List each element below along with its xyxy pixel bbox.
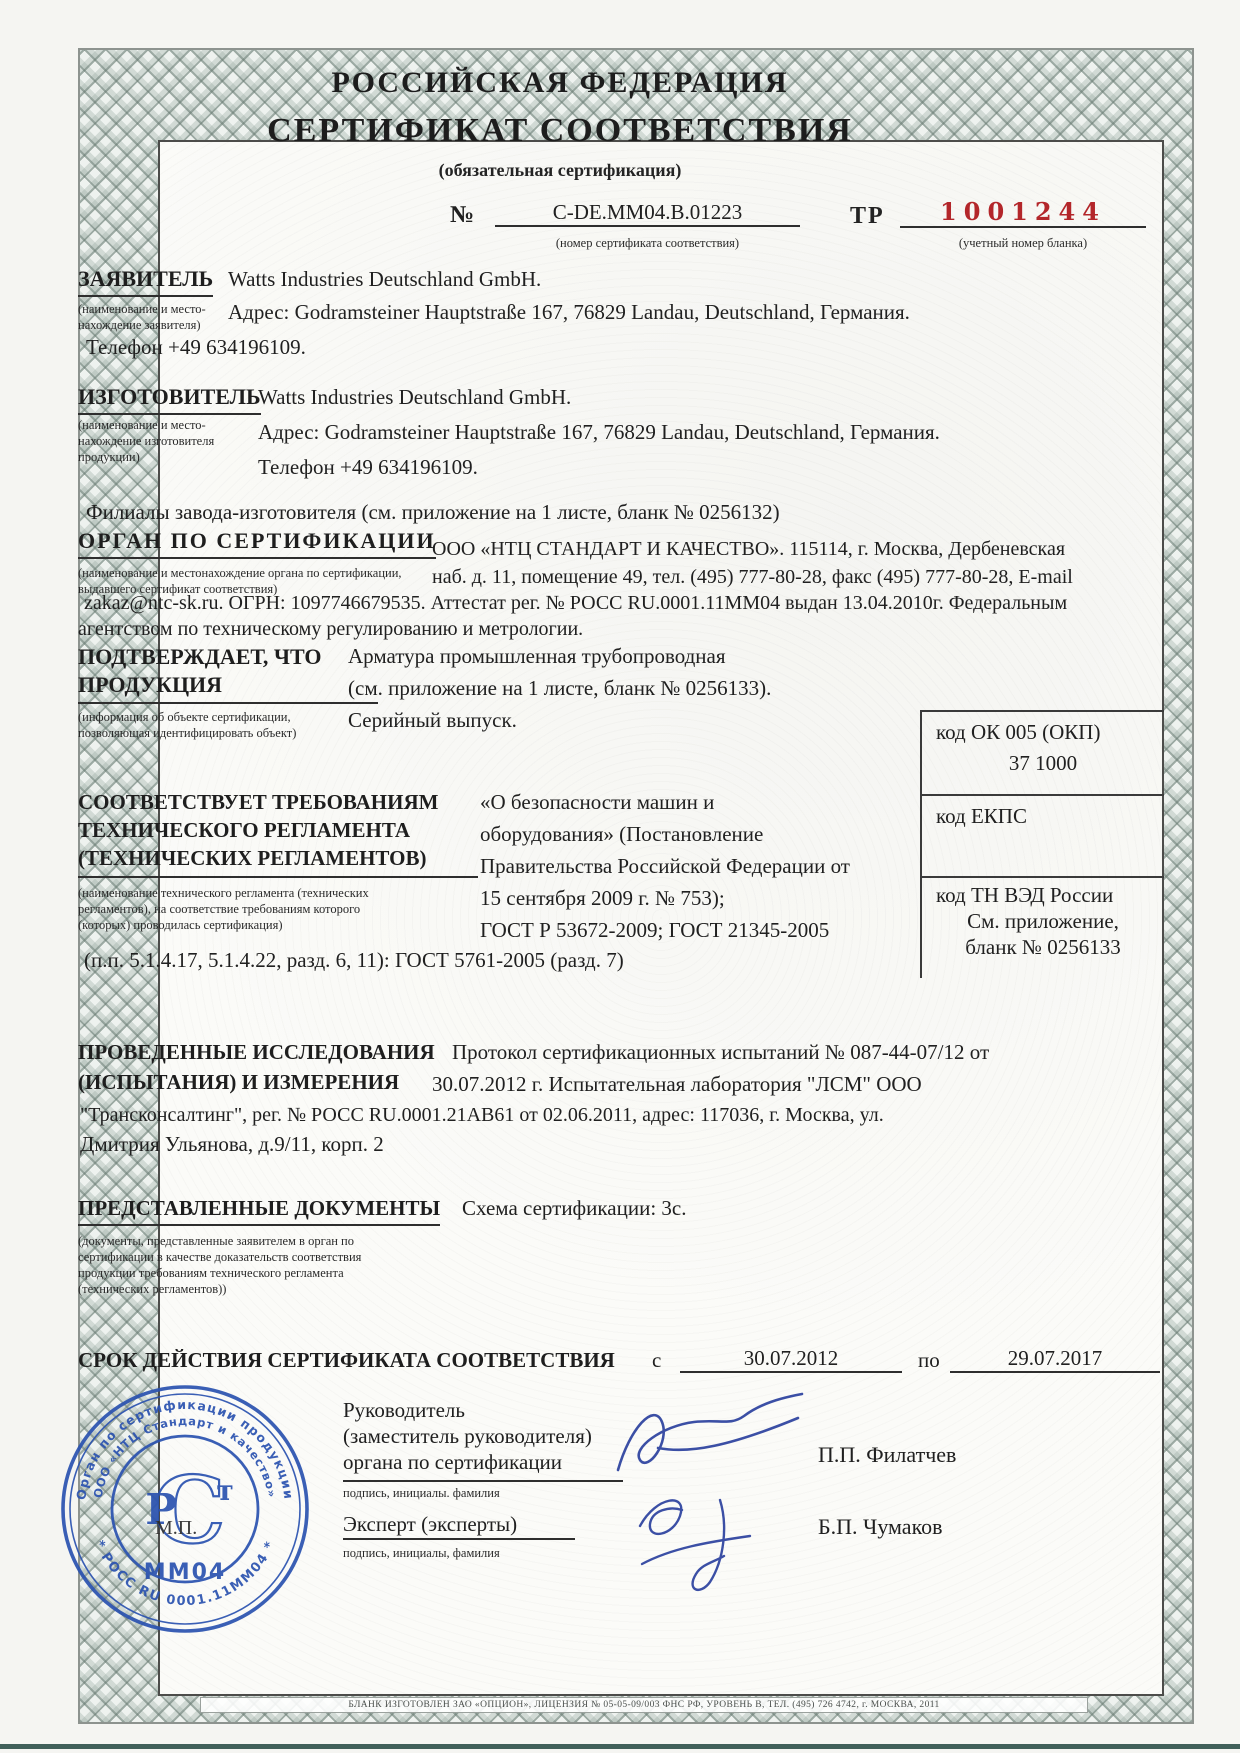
certificate-number: C-DE.MM04.B.01223 (495, 200, 800, 227)
product-label-2: ПРОДУКЦИЯ (78, 672, 222, 698)
expert-name: Б.П. Чумаков (818, 1514, 943, 1540)
manufacturer-phone: Телефон +49 634196109. (258, 455, 478, 480)
compliance-line-5: ГОСТ Р 53672-2009; ГОСТ 21345-2005 (480, 918, 829, 943)
tests-line-1: Протокол сертификационных испытаний № 08… (452, 1040, 989, 1065)
compliance-caption-2: регламентов), на соответствие требования… (78, 902, 360, 917)
okp-code-box: код ОК 005 (ОКП) 37 1000 (920, 710, 1164, 796)
tests-label-2: (ИСПЫТАНИЯ) И ИЗМЕРЕНИЯ (78, 1070, 399, 1095)
validity-from-date: 30.07.2012 (680, 1346, 902, 1373)
cert-body-line-3: zakaz@ntc-sk.ru. ОГРН: 1097746679535. Ат… (84, 592, 1067, 615)
blank-number-caption: (учетный номер бланка) (900, 236, 1146, 251)
stamp-code: ММ04 (144, 1560, 226, 1585)
tnved-line-2: См. приложение, (922, 909, 1164, 934)
product-label-underline (78, 702, 378, 704)
applicant-caption-2: нахождение заявителя) (78, 318, 201, 333)
certification-body-stamp: Орган по сертификации продукции ООО «НТЦ… (58, 1382, 312, 1636)
blank-number: 1001244 (940, 197, 1106, 226)
cert-body-line-2: наб. д. 11, помещение 49, тел. (495) 777… (432, 566, 1073, 589)
tests-line-3: "Трансконсалтинг", рег. № РОСС RU.0001.2… (80, 1104, 884, 1127)
compliance-caption-1: (наименование технического регламента (т… (78, 886, 369, 901)
compliance-caption-3: (которых) проводилась сертификация) (78, 918, 283, 933)
tnved-code-box: код ТН ВЭД России См. приложение, бланк … (920, 876, 1164, 978)
cert-body-caption-1: (наименование и местонахождение органа п… (78, 566, 402, 581)
tests-line-2: 30.07.2012 г. Испытательная лаборатория … (432, 1072, 922, 1097)
blank-manufacturer-footer: БЛАНК ИЗГОТОВЛЕН ЗАО «ОПЦИОН», ЛИЦЕНЗИЯ … (200, 1697, 1088, 1713)
ekps-code-label: код ЕКПС (936, 804, 1164, 829)
expert-signature-line (343, 1516, 575, 1540)
head-role-line-2: (заместитель руководителя) (343, 1424, 592, 1449)
product-label-1: ПОДТВЕРЖДАЕТ, ЧТО (78, 644, 322, 670)
tests-label-1: ПРОВЕДЕННЫЕ ИССЛЕДОВАНИЯ (78, 1040, 435, 1065)
manufacturer-caption-1: (наименование и место- (78, 418, 206, 433)
compliance-line-2: оборудования» (Постановление (480, 822, 763, 847)
head-signature-caption: подпись, инициалы. фамилия (343, 1486, 500, 1501)
tests-line-4: Дмитрия Ульянова, д.9/11, корп. 2 (80, 1132, 384, 1157)
cert-body-label: ОРГАН ПО СЕРТИФИКАЦИИ (78, 528, 436, 559)
tr-label: ТР (850, 203, 885, 230)
number-sign: № (450, 202, 474, 229)
manufacturer-name: Watts Industries Deutschland GmbH. (258, 385, 571, 410)
manufacturer-caption-2: нахождение изготовителя (78, 434, 214, 449)
scan-edge-line (0, 1744, 1240, 1749)
compliance-label-underline (78, 876, 478, 878)
compliance-line-6: (п.п. 5.1.4.17, 5.1.4.22, разд. 6, 11): … (84, 948, 624, 973)
documents-label: ПРЕДСТАВЛЕННЫЕ ДОКУМЕНТЫ (78, 1196, 440, 1226)
product-line-3: Серийный выпуск. (348, 708, 517, 733)
certificate-number-caption: (номер сертификата соответствия) (495, 236, 800, 251)
validity-to-date: 29.07.2017 (950, 1346, 1160, 1373)
manufacturer-branches: Филиалы завода-изготовителя (см. приложе… (86, 500, 780, 525)
certificate-sheet: РОССИЙСКАЯ ФЕДЕРАЦИЯ СЕРТИФИКАТ СООТВЕТС… (0, 0, 1240, 1753)
compliance-label-2: ТЕХНИЧЕСКОГО РЕГЛАМЕНТА (78, 818, 410, 843)
tnved-line-3: бланк № 0256133 (922, 935, 1164, 960)
applicant-phone: Телефон +49 634196109. (86, 335, 306, 360)
compliance-line-4: 15 сентября 2009 г. № 753); (480, 886, 725, 911)
stamp-logo-t: т (216, 1474, 233, 1507)
manufacturer-label: ИЗГОТОВИТЕЛЬ (78, 384, 261, 415)
documents-value: Схема сертификации: 3с. (462, 1196, 686, 1221)
validity-to-word: по (918, 1348, 940, 1373)
manufacturer-caption-3: продукции) (78, 450, 140, 465)
tnved-code-label: код ТН ВЭД России (936, 883, 1164, 908)
document-title: СЕРТИФИКАТ СООТВЕТСТВИЯ (160, 112, 960, 150)
expert-signature (622, 1486, 772, 1596)
head-name: П.П. Филатчев (818, 1442, 956, 1468)
okp-code-value: 37 1000 (922, 751, 1164, 776)
country-title: РОССИЙСКАЯ ФЕДЕРАЦИЯ (160, 66, 960, 100)
compliance-label-1: СООТВЕТСТВУЕТ ТРЕБОВАНИЯМ (78, 790, 438, 815)
documents-caption-4: (технических регламентов)) (78, 1282, 226, 1297)
compliance-line-1: «О безопасности машин и (480, 790, 714, 815)
applicant-name: Watts Industries Deutschland GmbH. (228, 267, 541, 292)
documents-caption-1: (документы, представленные заявителем в … (78, 1234, 354, 1249)
documents-caption-3: продукции требованиям технического регла… (78, 1266, 344, 1281)
product-line-1: Арматура промышленная трубопроводная (348, 644, 726, 669)
stamp-mp-mark: М.П. (155, 1517, 197, 1539)
manufacturer-address: Адрес: Godramsteiner Hauptstraße 167, 76… (258, 420, 940, 445)
documents-caption-2: сертификации в качестве доказательств со… (78, 1250, 361, 1265)
ekps-code-box: код ЕКПС (920, 794, 1164, 878)
applicant-label: ЗАЯВИТЕЛЬ (78, 266, 213, 297)
head-signature-line (343, 1456, 623, 1482)
product-caption-2: позволяющая идентифицировать объект) (78, 726, 296, 741)
applicant-address: Адрес: Godramsteiner Hauptstraße 167, 76… (228, 300, 910, 325)
cert-body-line-4: агентством по техническому регулированию… (78, 618, 583, 641)
head-signature (610, 1388, 810, 1488)
document-subtitle: (обязательная сертификация) (160, 160, 960, 181)
expert-signature-caption: подпись, инициалы, фамилия (343, 1546, 500, 1561)
compliance-line-3: Правительства Российской Федерации от (480, 854, 850, 879)
product-line-2: (см. приложение на 1 листе, бланк № 0256… (348, 676, 771, 701)
product-caption-1: (информация об объекте сертификации, (78, 710, 291, 725)
head-role-line-1: Руководитель (343, 1398, 465, 1423)
cert-body-line-1: ООО «НТЦ СТАНДАРТ И КАЧЕСТВО». 115114, г… (432, 538, 1065, 561)
okp-code-label: код ОК 005 (ОКП) (936, 720, 1164, 745)
compliance-label-3: (ТЕХНИЧЕСКИХ РЕГЛАМЕНТОВ) (78, 846, 426, 871)
applicant-caption-1: (наименование и место- (78, 302, 206, 317)
validity-label: СРОК ДЕЙСТВИЯ СЕРТИФИКАТА СООТВЕТСТВИЯ (78, 1348, 615, 1373)
validity-from-word: с (652, 1348, 661, 1373)
